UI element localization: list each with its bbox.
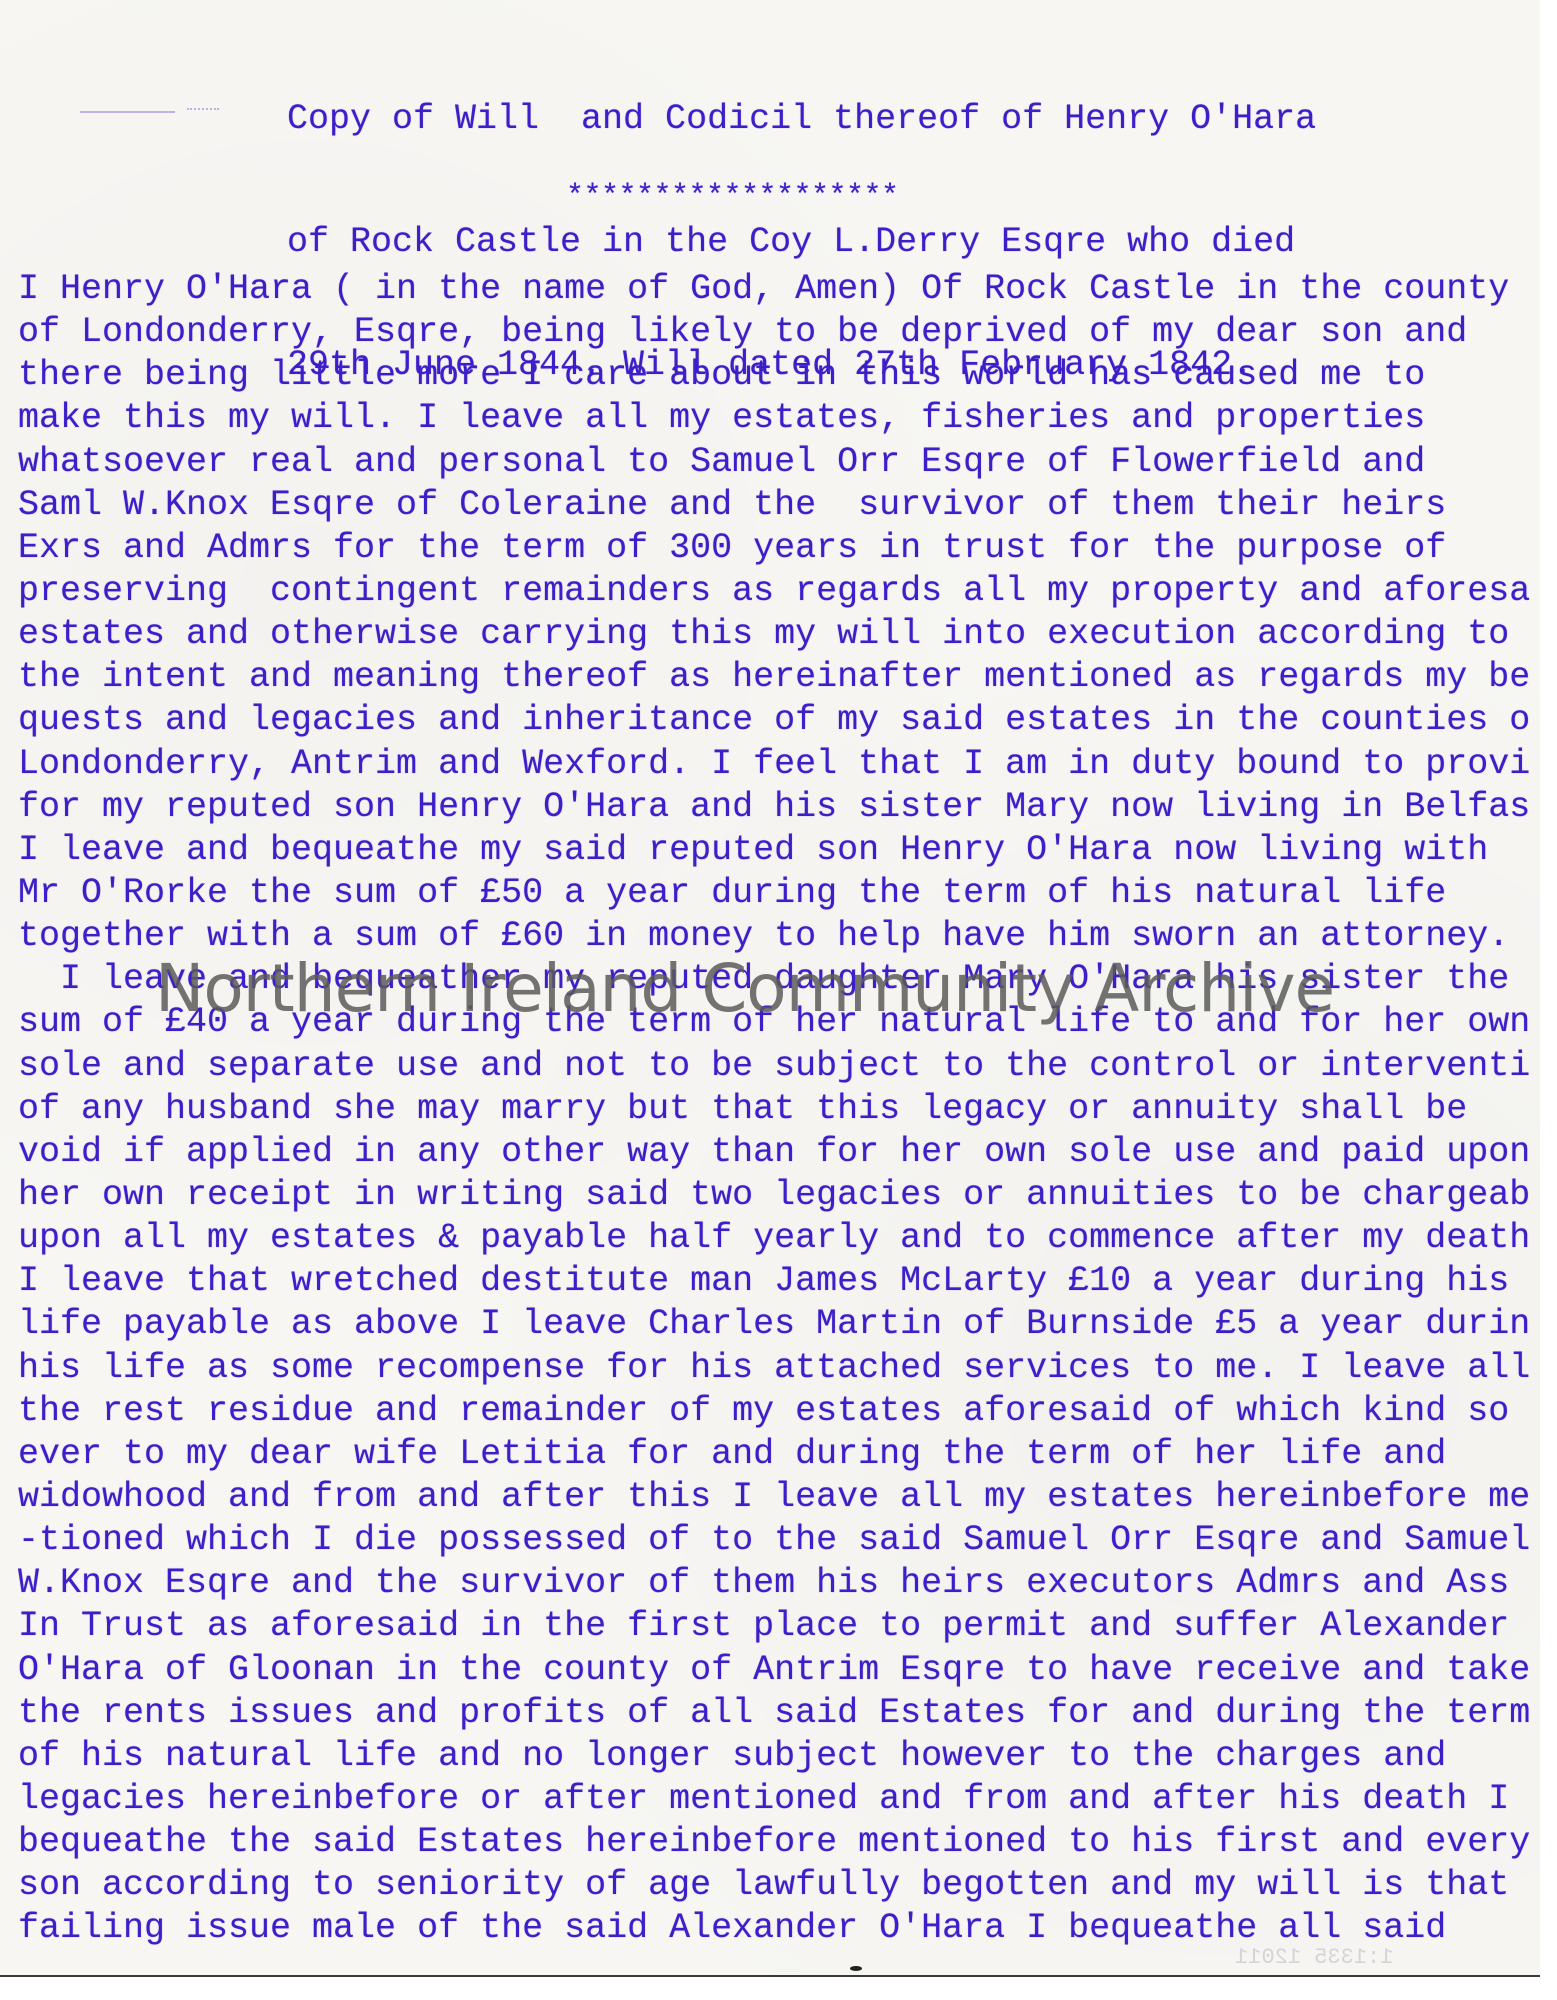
body-line: preserving contingent remainders as rega…	[18, 570, 1540, 613]
body-line: Mr O'Rorke the sum of £50 a year during …	[18, 872, 1540, 915]
body-line: the intent and meaning thereof as herein…	[18, 656, 1540, 699]
body-line: Londonderry, Antrim and Wexford. I feel …	[18, 743, 1540, 786]
header-line: of Rock Castle in the Coy L.Derry Esqre …	[287, 221, 1316, 264]
margin-pencil-mark	[187, 108, 219, 116]
body-line: In Trust as aforesaid in the first place…	[18, 1605, 1540, 1648]
body-line: son according to seniority of age lawful…	[18, 1864, 1540, 1907]
body-line: life payable as above I leave Charles Ma…	[18, 1303, 1540, 1346]
will-body-text: I Henry O'Hara ( in the name of God, Ame…	[18, 268, 1540, 1950]
body-line: whatsoever real and personal to Samuel O…	[18, 441, 1540, 484]
body-line: make this my will. I leave all my estate…	[18, 397, 1540, 440]
body-line: of his natural life and no longer subjec…	[18, 1735, 1540, 1778]
body-line: Saml W.Knox Esqre of Coleraine and the s…	[18, 484, 1540, 527]
archive-stamp: 1:1335 12011	[1235, 1945, 1393, 1970]
body-line: O'Hara of Gloonan in the county of Antri…	[18, 1649, 1540, 1692]
body-line: of any husband she may marry but that th…	[18, 1088, 1540, 1131]
body-line: of Londonderry, Esqre, being likely to b…	[18, 311, 1540, 354]
body-line: -tioned which I die possessed of to the …	[18, 1519, 1540, 1562]
body-line: estates and otherwise carrying this my w…	[18, 613, 1540, 656]
body-line: legacies hereinbefore or after mentioned…	[18, 1778, 1540, 1821]
body-line: I leave that wretched destitute man Jame…	[18, 1260, 1540, 1303]
body-line: W.Knox Esqre and the survivor of them hi…	[18, 1562, 1540, 1605]
body-line: bequeathe the said Estates hereinbefore …	[18, 1821, 1540, 1864]
body-line: widowhood and from and after this I leav…	[18, 1476, 1540, 1519]
body-line: Exrs and Admrs for the term of 300 years…	[18, 527, 1540, 570]
body-line: I leave and bequeathe my said reputed so…	[18, 829, 1540, 872]
ink-blot	[850, 1966, 862, 1971]
watermark: Northern Ireland Community Archive	[155, 950, 1334, 1027]
body-line: sole and separate use and not to be subj…	[18, 1045, 1540, 1088]
body-line: failing issue male of the said Alexander…	[18, 1907, 1540, 1950]
body-line: there being little more I care about in …	[18, 354, 1540, 397]
header-line: Copy of Will and Codicil thereof of Henr…	[287, 98, 1316, 141]
body-line: quests and legacies and inheritance of m…	[18, 699, 1540, 742]
body-line: for my reputed son Henry O'Hara and his …	[18, 786, 1540, 829]
body-line: the rents issues and profits of all said…	[18, 1692, 1540, 1735]
body-line: ever to my dear wife Letitia for and dur…	[18, 1433, 1540, 1476]
body-line: his life as some recompense for his atta…	[18, 1347, 1540, 1390]
body-line: the rest residue and remainder of my est…	[18, 1390, 1540, 1433]
margin-pencil-mark	[80, 111, 175, 113]
body-line: void if applied in any other way than fo…	[18, 1131, 1540, 1174]
body-line: her own receipt in writing said two lega…	[18, 1174, 1540, 1217]
body-line: I Henry O'Hara ( in the name of God, Ame…	[18, 268, 1540, 311]
body-line: upon all my estates & payable half yearl…	[18, 1217, 1540, 1260]
asterisk-separator: *******************	[566, 180, 899, 214]
